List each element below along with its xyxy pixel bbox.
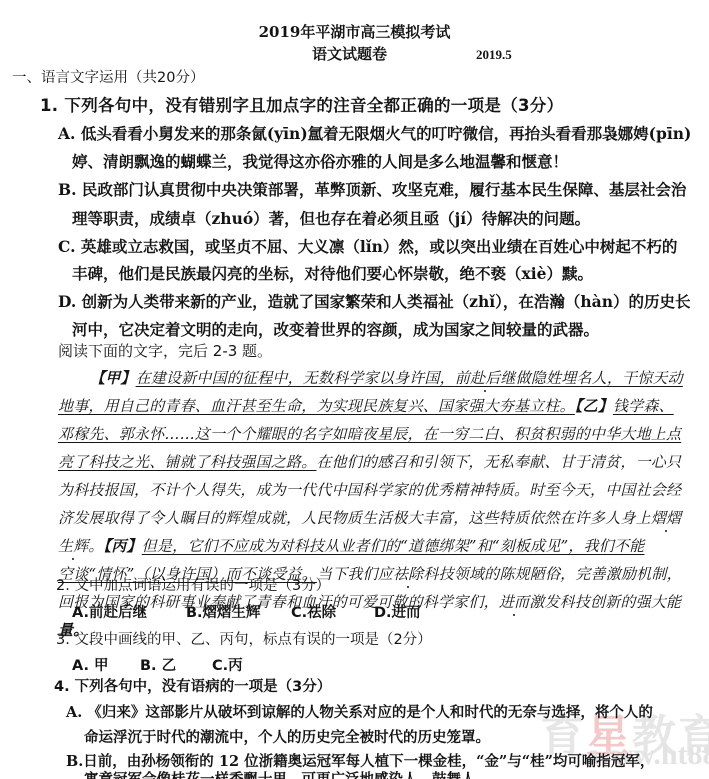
exam-subtitle: 语文试题卷	[312, 44, 387, 64]
exam-title: 2019年平湖市高三模拟考试	[0, 22, 709, 42]
question-4-stem: 4. 下列各句中，没有语病的一项是（3分）	[54, 677, 331, 697]
passage-text: 科技领域的陈规陋俗，完善激励机制，	[423, 565, 681, 583]
reading-instruction: 阅读下面的文字，完后 2-3 题。	[58, 341, 272, 361]
passage-line-6: 济发展取得了令人瞩目的辉煌成就，人民物质生活极大丰富，这些特质依然在许多人身上熠…	[58, 508, 681, 528]
passage-line-7: 生辉。【丙】但是，它们不应成为对科技从业者们的“道德绑架”和“刻板成见”，我们不…	[58, 536, 644, 556]
q2-option-c: C.祛除	[291, 603, 336, 623]
passage-line-2: 地事，用自己的青春、血汗甚至生命，为实现民族复兴、国家强大夯基立柱。【乙】钱学森…	[58, 396, 674, 416]
q1-option-d-line1: D. 创新为人类带来新的产业，造就了国家繁荣和人类福祉（zhǐ），在浩瀚（hàn…	[58, 292, 690, 312]
q1-option-c-line1: C. 英雄或立志救国，或坚贞不屈、大义凛（lǐn）然，或以突出业绩在百姓心中树起…	[58, 237, 677, 257]
passage-text: 在他们的感召和引领下，无私奉献、甘于清贫，一心只	[316, 453, 681, 471]
q3-option-a: A. 甲	[72, 656, 109, 676]
passage-text: 。	[88, 537, 103, 555]
dotted-word-qianfuhouji: 前赴后继	[455, 369, 516, 387]
q3-option-c: C.丙	[212, 656, 243, 676]
q1-option-b-line1: B. 民政部门认真贯彻中央决策部署，革弊顶新、攻坚克难，履行基本民生保障、基层社…	[58, 180, 686, 200]
q2-option-b: B.熠熠生辉	[186, 603, 261, 623]
question-1-stem: 1. 下列各句中，没有错别字且加点字的注音全都正确的一项是（3分）	[40, 96, 563, 116]
section-heading: 一、语言文字运用（共20分）	[12, 68, 204, 88]
q4-option-a-line2: 命运浮沉于时代的潮流中，个人的历史完全被时代的历史笼罩。	[84, 728, 490, 748]
sentence-yi-start: 钱学森、	[613, 397, 674, 415]
q1-option-b-line2: 理等职责，成绩卓（zhuó）著，但也存在着必须且亟（jí）待解决的问题。	[72, 209, 590, 229]
exam-page: 2019年平湖市高三模拟考试 语文试题卷 2019.5 一、语言文字运用（共20…	[0, 0, 709, 779]
passage-text: 在建设新中国的征程中，无数科学家以身许国，	[136, 369, 455, 387]
passage-line-5: 为科技报国，不计个人得失，成为一代代中国科学家的优秀精神特质。时至今天，中国社会…	[58, 480, 681, 500]
q4-option-b-line2-cut: 寓意冠军会像桂花一样香飘十里，可更广泛地感染人、鼓舞人	[84, 770, 476, 779]
q1-option-c-line2: 丰碑，他们是民族最闪亮的坐标，对待他们要心怀崇敬，绝不亵（xiè）黩。	[72, 264, 593, 284]
mark-jia: 【甲】	[90, 369, 136, 387]
q4-option-b-line1: B.日前，由孙杨领衔的 12 位浙籍奥运冠军每人植下一棵金桂，“金”与“桂”均可…	[66, 752, 654, 772]
passage-text: 做隐姓埋名人，干惊天动	[516, 369, 683, 387]
q1-option-a-line1: A. 低头看看小舅发来的那条氤(yīn)氲着无限烟火气的叮咛微信，再抬头看看那袅…	[58, 124, 691, 144]
q2-option-d: D.进而	[374, 603, 421, 623]
passage-text: 激发科技创新的强大能	[529, 593, 681, 611]
q4-option-a-line1: A. 《归来》这部影片从破坏到谅解的人物关系对应的是个人和时代的无奈与选择，将个…	[66, 703, 653, 723]
sentence-jia-end: 地事，用自己的青春、血汗甚至生命，为实现民族复兴、国家强大夯基立柱。	[58, 397, 575, 415]
q1-option-a-line2: 婷、清朗飘逸的蝴蝶兰，我觉得这亦俗亦雅的人间是多么地温馨和惬意！	[72, 152, 568, 172]
mark-yi: 【乙】	[575, 397, 613, 415]
question-2-stem: 2. 文中加点词语运用有误的一项是（3分）	[56, 576, 330, 596]
sentence-yi-end: 亮了科技之光、铺就了科技强国之路。	[58, 453, 316, 471]
passage-line-3: 邓稼先、郭永怀……这一个个耀眼的名字如暗夜星辰，在一穷二白、积贫积弱的中华大地上…	[58, 424, 681, 444]
dotted-word-shenghui: 生辉	[58, 537, 88, 555]
exam-date: 2019.5	[476, 45, 512, 65]
q3-option-b: B. 乙	[140, 656, 176, 676]
passage-line-1: 【甲】在建设新中国的征程中，无数科学家以身许国，前赴后继做隐姓埋名人，干惊天动	[90, 368, 683, 388]
q1-option-d-line2: 河中，它决定着文明的走向，改变着世界的容颜，成为国家之间较量的武器。	[72, 320, 599, 340]
dotted-word-yiyi: 熠熠	[651, 509, 681, 527]
passage-line-4: 亮了科技之光、铺就了科技强国之路。在他们的感召和引领下，无私奉献、甘于清贫，一心…	[58, 452, 681, 472]
dotted-word-jiner: 进而	[499, 593, 529, 611]
q2-option-a: A.前赴后继	[72, 603, 147, 623]
mark-bing: 【丙】	[104, 537, 142, 555]
dotted-word-quchu: 祛除	[393, 565, 423, 583]
sentence-jia-part: 在建设新中国的征程中，无数科学家以身许国，前赴后继做隐姓埋名人，干惊天动	[136, 369, 683, 387]
passage-text: 济发展取得了令人瞩目的辉煌成就，人民物质生活极大丰富，这些特质依然在许多人身上	[58, 509, 651, 527]
question-3-stem: 3. 文段中画线的甲、乙、丙句，标点有误的一项是（2分）	[56, 630, 432, 650]
sentence-bing-start: 但是，它们不应成为对科技从业者们的“道德绑架”和“刻板成见”，我们不能	[142, 537, 645, 555]
